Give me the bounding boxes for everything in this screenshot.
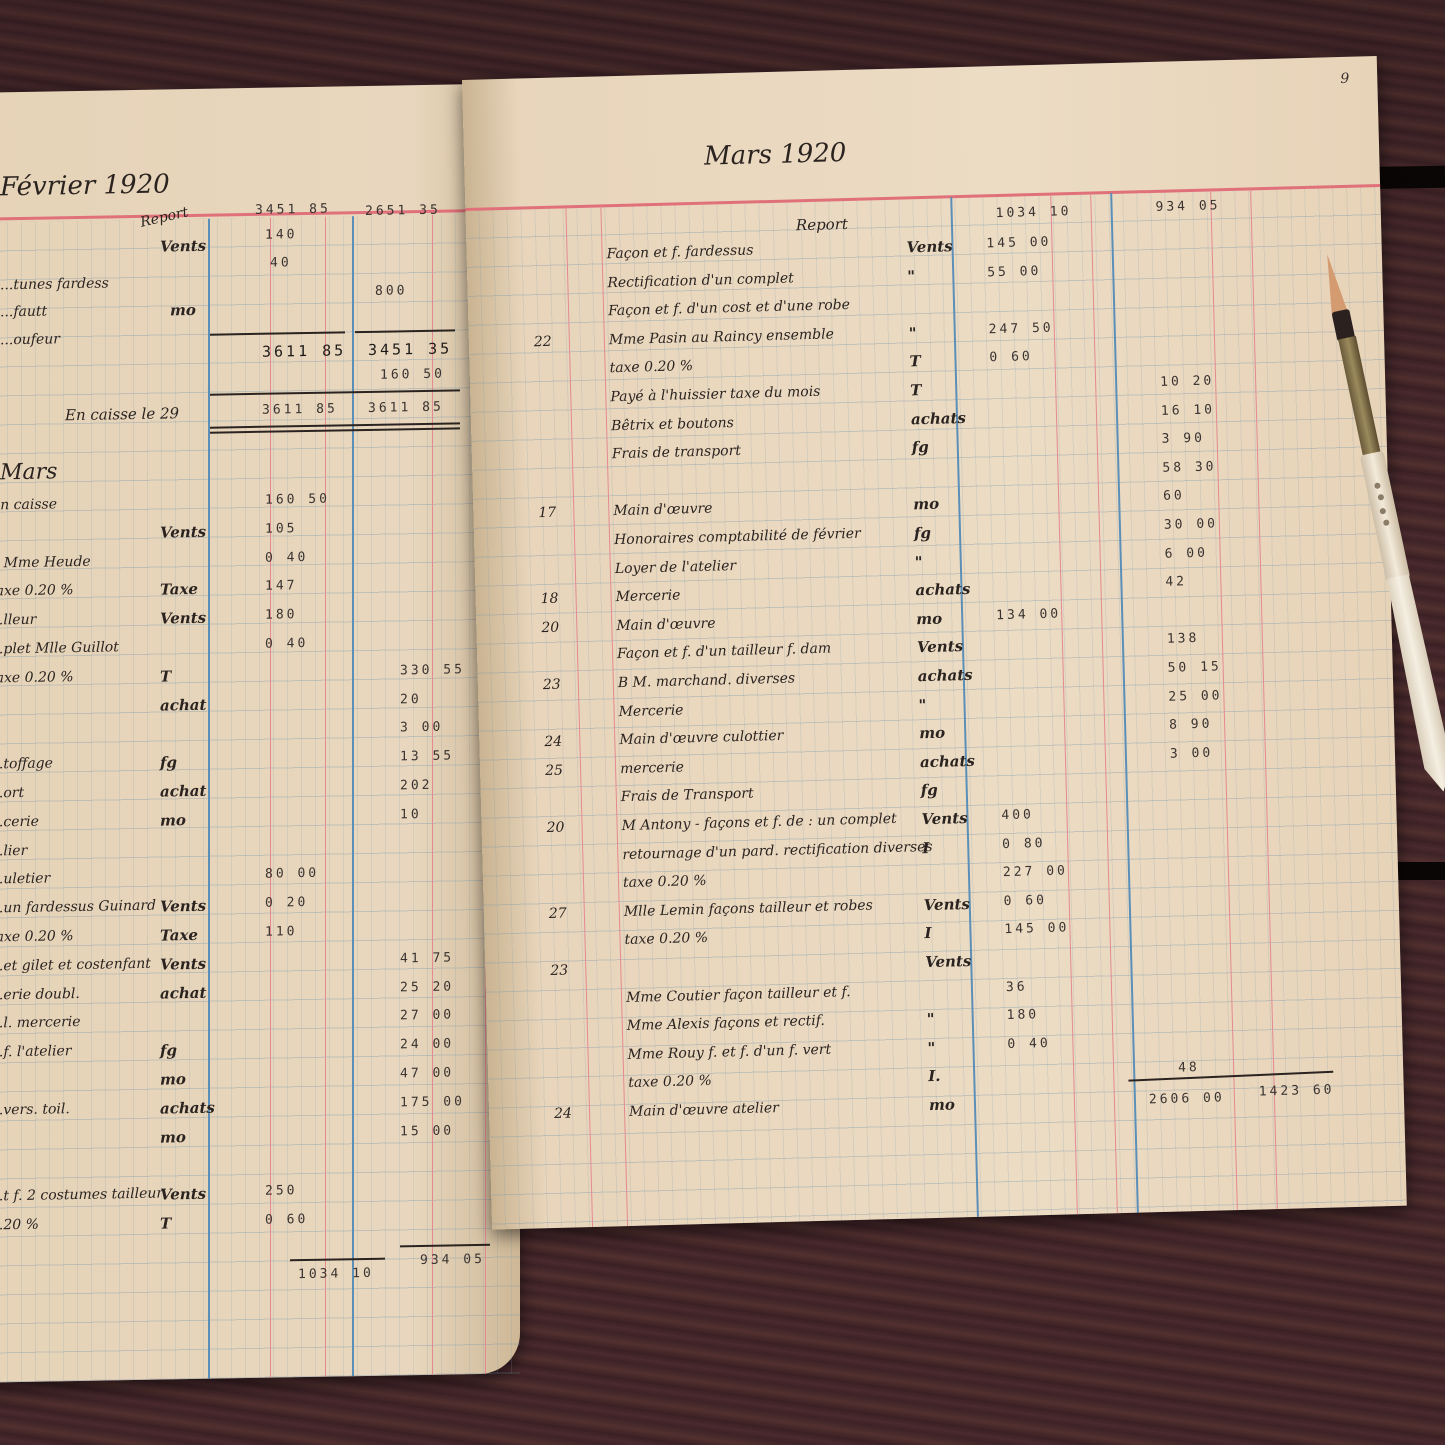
entry-code: achats (915, 580, 970, 599)
entry-text: mercerie (620, 759, 684, 777)
entry-col2: 50 15 (1167, 659, 1222, 675)
entry-code: fg (160, 753, 177, 771)
entry-day: 23 (543, 677, 561, 693)
total-col1: 2606 00 (1149, 1090, 1225, 1107)
entry-text: ...lleur (0, 612, 36, 629)
entry-col1: 400 (1001, 807, 1034, 823)
carry-forward-col2: 934 05 (1155, 198, 1220, 215)
entry-col1: 0 60 (989, 350, 1033, 366)
entry-text: taxe 0.20 % (0, 582, 74, 599)
entry-col1: 180 (1006, 1007, 1039, 1023)
entry-col1: 147 (265, 579, 297, 595)
entry-code: Vents (906, 237, 953, 256)
entry-col2: 10 (400, 807, 422, 822)
entry-text: Bêtrix et boutons (611, 415, 734, 434)
right-page: 9 Mars 1920 Report 1034 10 934 05 Façon … (462, 56, 1407, 1230)
entry-col2: 15 00 (400, 1123, 454, 1139)
entry-col2: 3 00 (400, 720, 443, 736)
total-col2: 934 05 (420, 1252, 485, 1268)
extra-col2: 160 50 (380, 367, 445, 383)
right-entries-list: Façon et f. fardessusVents145 00Rectific… (462, 56, 1377, 80)
entry-text: ...f. l'atelier (0, 1043, 71, 1060)
entry-text: ...t f. 2 costumes tailleur (0, 1186, 163, 1205)
entry-col2: 24 00 (400, 1037, 454, 1053)
left-entries-list: En caisse160 50Vents105f. Mme Heude0 40t… (0, 83, 520, 92)
entry-code: Vents (924, 895, 971, 914)
entry-col1: 0 20 (265, 895, 308, 911)
entry-col2: 10 20 (1160, 373, 1215, 389)
entry-code: Vents (160, 897, 206, 916)
entry-code: achat (160, 983, 206, 1002)
subtotal-col1: 3611 85 (262, 341, 346, 360)
entry-code: " (927, 1039, 935, 1057)
entry-code: Taxe (160, 926, 198, 945)
balance-label: En caisse le 29 (65, 404, 179, 424)
entry-text: ...vers. toil. (0, 1101, 70, 1118)
entry-col2: 8 90 (1169, 717, 1213, 733)
entry-col1: 105 (265, 521, 297, 537)
entry-code: achat (160, 695, 206, 714)
entry-code: Vents (925, 952, 972, 971)
entry-text: taxe 0.20 % (609, 358, 693, 376)
entry-text: ...tunes fardess (0, 275, 109, 293)
total-col1: 1034 10 (298, 1266, 374, 1282)
entry-col1: 55 00 (987, 263, 1042, 279)
entry-col2: 20 (400, 692, 422, 707)
entry-code: fg (914, 524, 931, 542)
entry-col2: 27 00 (400, 1008, 454, 1024)
entry-code: fg (160, 1041, 177, 1059)
section-title: Mars (0, 459, 57, 485)
entry-text: ...plet Mlle Guillot (0, 639, 119, 657)
entry-col1: 247 50 (989, 320, 1054, 337)
entry-code: T (160, 667, 171, 685)
entry-code: I (924, 924, 932, 942)
entry-day: 24 (544, 734, 562, 750)
entry-day: 24 (554, 1105, 572, 1121)
entry-text: Frais de transport (612, 443, 742, 462)
entry-day: 22 (534, 334, 552, 350)
entry-code: mo (929, 1095, 955, 1114)
entry-text: taxe 0.20 % (0, 669, 74, 686)
entry-code: I. (928, 1067, 941, 1085)
entry-col1: 80 00 (265, 866, 319, 882)
entry-code: achats (160, 1098, 215, 1117)
entry-code: achats (920, 752, 975, 771)
entry-col1: 145 00 (986, 235, 1051, 252)
entry-code: " (907, 267, 915, 285)
entry-day: 18 (540, 591, 558, 607)
entry-col2: 138 (1167, 631, 1200, 647)
entry-day: 17 (538, 505, 556, 521)
entry-code: Vents (160, 237, 206, 256)
entry-col2: 6 00 (1164, 545, 1208, 561)
entry-text: ...un fardessus Guinard (0, 898, 156, 917)
entry-text: ...ort (0, 785, 24, 802)
entry-col2: 25 00 (1168, 688, 1223, 704)
entry-text: Mercerie (615, 588, 680, 606)
entry-col2: 800 (375, 283, 407, 299)
entry-col1: 134 00 (996, 606, 1061, 623)
entry-col1: 145 00 (1004, 921, 1069, 938)
entry-col1: 0 40 (1007, 1036, 1051, 1052)
entry-col1: 110 (265, 924, 297, 940)
entry-col1: 0 40 (265, 550, 308, 566)
entry-code: fg (921, 781, 938, 799)
entry-text: Main d'œuvre (613, 501, 713, 520)
entry-text: taxe 0.20 % (628, 1073, 712, 1091)
balance-col1: 3611 85 (262, 401, 338, 417)
carry-forward-col2: 2651 35 (365, 203, 441, 219)
entry-text: ...et gilet et costenfant (0, 956, 151, 975)
entry-code: Vents (160, 955, 206, 974)
entry-day: 20 (546, 820, 564, 836)
entry-text: 0.20 % (0, 1217, 39, 1234)
entry-col1: 40 (270, 255, 292, 270)
entry-col1: 140 (265, 227, 297, 243)
page-number: 9 (1340, 71, 1349, 87)
entry-text: f. Mme Heude (0, 553, 91, 571)
entry-text: ...erie doubl. (0, 986, 80, 1004)
entry-text: Loyer de l'atelier (615, 558, 737, 577)
subtotal-col2: 3451 35 (368, 339, 452, 358)
left-page: Février 1920 Report 3451 85 2651 35 ...t… (0, 83, 520, 1382)
entry-code: mo (919, 724, 945, 743)
entry-code: T (909, 352, 921, 370)
entry-text: Mercerie (618, 702, 683, 720)
entry-text: taxe 0.20 % (0, 928, 74, 945)
entry-code: " (915, 553, 923, 571)
entry-col1: 0 40 (265, 636, 308, 652)
entry-text: ...l. mercerie (0, 1014, 81, 1032)
entry-day: 25 (545, 762, 563, 778)
entry-col1: 227 00 (1003, 864, 1068, 881)
entry-col2: 202 (400, 778, 432, 794)
entry-code: I (922, 839, 930, 857)
pen-ferrule (1338, 336, 1381, 457)
entry-code: " (927, 1010, 935, 1028)
entry-text: ...uletier (0, 871, 50, 888)
ledger-book: Février 1920 Report 3451 85 2651 35 ...t… (0, 0, 1445, 1445)
entry-col1: 0 60 (1003, 893, 1047, 909)
entry-col2: 60 (1163, 489, 1185, 505)
entry-code: T (910, 381, 922, 399)
entry-text: ...lier (0, 842, 27, 859)
entry-code: Vents (160, 523, 206, 542)
entry-code: achats (918, 666, 973, 685)
entry-text: ...oufeur (0, 331, 60, 348)
entry-col1: 0 80 (1002, 836, 1046, 852)
entry-text: ...toffage (0, 756, 53, 773)
entry-code: Taxe (160, 580, 198, 599)
entry-code: achat (160, 782, 206, 801)
carry-forward-col1: 1034 10 (995, 204, 1071, 221)
carry-forward-label: Report (796, 215, 848, 234)
entry-col1: 36 (1006, 979, 1028, 995)
entry-col2: 13 55 (400, 749, 454, 765)
entry-col2: 58 30 (1162, 459, 1217, 475)
entry-col2: 47 00 (400, 1065, 454, 1081)
total-col2: 1423 60 (1259, 1083, 1335, 1100)
balance-col2: 3611 85 (368, 400, 444, 416)
entry-code: T (160, 1214, 171, 1232)
entry-col1: 180 (265, 607, 297, 623)
entry-col2: 330 55 (400, 662, 465, 678)
entry-code: mo (170, 301, 196, 319)
entry-day: 27 (549, 905, 567, 921)
entry-code: mo (160, 811, 186, 829)
entry-day: 23 (550, 963, 568, 979)
carry-forward-col1: 3451 85 (255, 202, 331, 218)
entry-code: Vents (160, 1185, 206, 1204)
entry-text: taxe 0.20 % (623, 873, 707, 891)
entry-col1: 0 60 (265, 1212, 308, 1228)
page-title: Février 1920 (0, 169, 170, 202)
entry-code: " (918, 696, 926, 714)
entry-col1: 160 50 (265, 492, 330, 508)
pen-nib-icon (1319, 252, 1347, 314)
entry-col2: 30 00 (1164, 516, 1219, 532)
entry-code: " (909, 324, 917, 342)
entry-code: fg (912, 438, 929, 456)
entry-col2: 48 (1178, 1060, 1200, 1076)
entry-code: Vents (160, 609, 206, 628)
entry-code: mo (160, 1128, 186, 1146)
entry-code: mo (160, 1070, 186, 1088)
entry-col2: 41 75 (400, 950, 454, 966)
entry-text: Main d'œuvre (616, 615, 716, 634)
entry-col2: 16 10 (1161, 402, 1216, 418)
entry-col2: 42 (1165, 574, 1187, 590)
entry-day: 20 (541, 619, 559, 635)
entry-code: mo (913, 495, 939, 514)
entry-text: En caisse (0, 496, 57, 513)
entry-text: ...cerie (0, 813, 39, 830)
entry-col2: 175 00 (400, 1094, 465, 1110)
entry-code: Vents (917, 637, 964, 656)
entry-text: taxe 0.20 % (624, 930, 708, 948)
entry-code: mo (916, 609, 942, 628)
page-title: Mars 1920 (704, 138, 847, 172)
pen-bone-handle (1360, 451, 1411, 583)
entry-col2: 3 90 (1161, 431, 1205, 447)
entry-col2: 3 00 (1170, 745, 1214, 761)
entry-col2: 25 20 (400, 979, 454, 995)
entry-code: achats (911, 409, 966, 428)
entry-code: Vents (921, 809, 968, 828)
entry-text: ...fautt (0, 304, 47, 321)
entry-col1: 250 (265, 1183, 297, 1199)
